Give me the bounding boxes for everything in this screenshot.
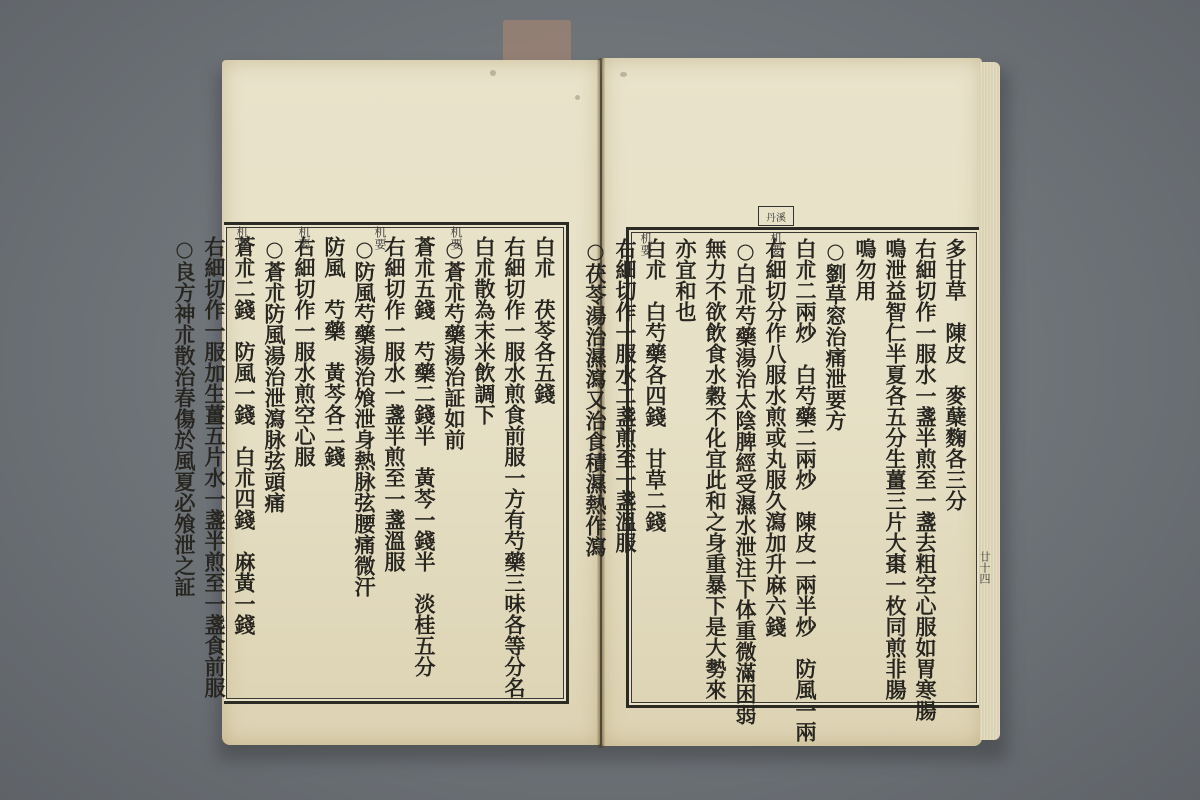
text-column: 右細切作一服水一盞半煎至一盞溫服 [381, 236, 407, 691]
right-page-text-columns: 多甘草 陳皮 麥蘖麴各三分 右細切作一服水一盞半煎至一盞去粗空心服如胃寒腸 鳴泄… [636, 238, 968, 693]
text-column: 右細切作一服水一盞半煎至一盞去粗空心服如胃寒腸 [912, 238, 938, 693]
text-column: 鳴泄益智仁半夏各五分生薑三片大棗一枚同煎非腸 [882, 238, 908, 693]
margin-note: 机要 [296, 226, 313, 250]
text-column: 防風 芍藥 黃芩各二錢 [321, 236, 347, 691]
text-column: 白朮二兩炒 白芍藥二兩炒 陳皮一兩半炒 防風一兩 [792, 238, 818, 693]
text-column: ○蒼朮芍藥湯治証如前 [441, 236, 467, 691]
margin-note: 机要 [638, 232, 655, 256]
book-fore-edge [980, 62, 1000, 740]
text-column: ○劉草窓治痛泄要方 [822, 238, 848, 693]
foxing-stain [490, 70, 496, 76]
text-column: 多甘草 陳皮 麥蘖麴各三分 [942, 238, 968, 693]
page-number: 廿十四 [976, 551, 992, 584]
foxing-stain [575, 95, 580, 100]
text-column: 右細切作一服水二盞煎至一盞溫服 [612, 238, 638, 693]
text-column: ○蒼朮防風湯治泄瀉脉弦頭痛 [261, 236, 287, 691]
text-column: 蒼朮二錢 防風一錢 白朮四錢 麻黃一錢 [231, 236, 257, 691]
text-column: 白朮散為末米飲調下 [471, 236, 497, 691]
text-column: 右細切分作八服水煎或丸服久瀉加升麻六錢 [762, 238, 788, 693]
text-column: ○良方神朮散治春傷於風夏必飧泄之証 [171, 236, 197, 691]
text-column: ○防風芍藥湯治飧泄身熱脉弦腰痛微汗 [351, 236, 377, 691]
text-column: 鳴勿用 [852, 238, 878, 693]
chapter-tab-label: 丹溪 [758, 206, 794, 226]
text-column: 白朮 白芍藥各四錢 甘草二錢 [642, 238, 668, 693]
text-column: 右細切作一服水煎空心服 [291, 236, 317, 691]
text-column: 蒼朮五錢 芍藥二錢半 黃芩一錢半 淡桂五分 [411, 236, 437, 691]
text-column: 無力不欲飲食水穀不化宜此和之身重暴下是大勢來 [702, 238, 728, 693]
text-column: 右細切作一服加生薑五片水一盞半煎至一盞食前服 [201, 236, 227, 691]
margin-note: 机要 [372, 226, 389, 250]
margin-note: 机要 [234, 226, 251, 250]
foxing-stain [620, 72, 627, 77]
margin-note: 机要 [448, 226, 465, 250]
text-column: ○茯苓湯治濕瀉又治食積濕熱作瀉 [582, 238, 608, 693]
left-page-text-columns: 白朮 茯苓各五錢 右細切作一服水煎食前服一方有芍藥三味各等分名 白朮散為末米飲調… [232, 236, 557, 691]
text-column: 右細切作一服水煎食前服一方有芍藥三味各等分名 [501, 236, 527, 691]
text-column: 亦宜和也 [672, 238, 698, 693]
margin-note: 机要 [768, 232, 785, 256]
text-column: ○白朮芍藥湯治太陰脾經受濕水泄注下体重微滿困弱 [732, 238, 758, 693]
text-column: 白朮 茯苓各五錢 [531, 236, 557, 691]
